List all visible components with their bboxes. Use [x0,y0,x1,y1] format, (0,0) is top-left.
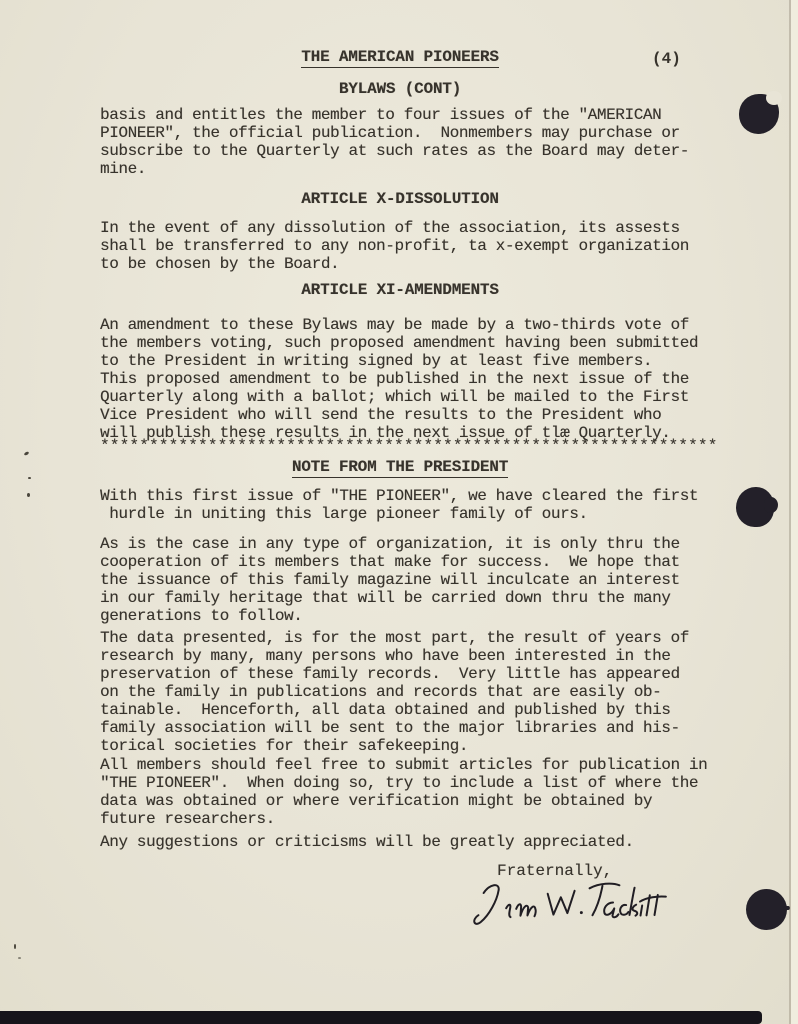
note-paragraph-4: All members should feel free to submit a… [100,756,712,828]
pen-speck [18,957,21,959]
pen-speck [24,451,30,456]
note-paragraph-3: The data presented, is for the most part… [100,629,712,755]
note-paragraph-2: As is the case in any type of organizati… [100,535,712,625]
asterisk-separator: ****************************************… [100,437,712,455]
document-title: THE AMERICAN PIONEERS [301,48,498,68]
signature-ink-strokes [469,873,671,932]
article-xi-heading: ARTICLE XI-AMENDMENTS [100,281,700,299]
punch-hole-mark-bottom [746,889,787,930]
note-from-president-heading: NOTE FROM THE PRESIDENT [100,458,700,476]
scanner-edge-bar [0,1011,762,1024]
bylaws-cont-heading: BYLAWS (CONT) [100,80,700,98]
article-x-paragraph: In the event of any dissolution of the a… [100,219,712,273]
scan-edge-strip [791,0,798,1024]
handwritten-signature: Jim W. Tackitt [469,873,671,932]
article-xi-paragraph: An amendment to these Bylaws may be made… [100,316,712,442]
note-paragraph-1: With this first issue of "THE PIONEER", … [100,487,712,523]
page-number: (4) [652,50,681,68]
punch-hole-mark-top [739,94,779,134]
punch-hole-mark-middle [736,487,774,527]
article-x-heading: ARTICLE X-DISSOLUTION [100,190,700,208]
scanned-newsletter-page: THE AMERICAN PIONEERS (4) BYLAWS (CONT) … [0,0,798,1024]
bylaws-intro-paragraph: basis and entitles the member to four is… [100,106,712,178]
page-header: THE AMERICAN PIONEERS [100,48,700,66]
note-paragraph-5: Any suggestions or criticisms will be gr… [100,833,712,851]
note-heading-text: NOTE FROM THE PRESIDENT [292,458,508,478]
pen-speck [27,493,30,497]
pen-speck [28,477,31,479]
pen-speck [14,944,16,949]
